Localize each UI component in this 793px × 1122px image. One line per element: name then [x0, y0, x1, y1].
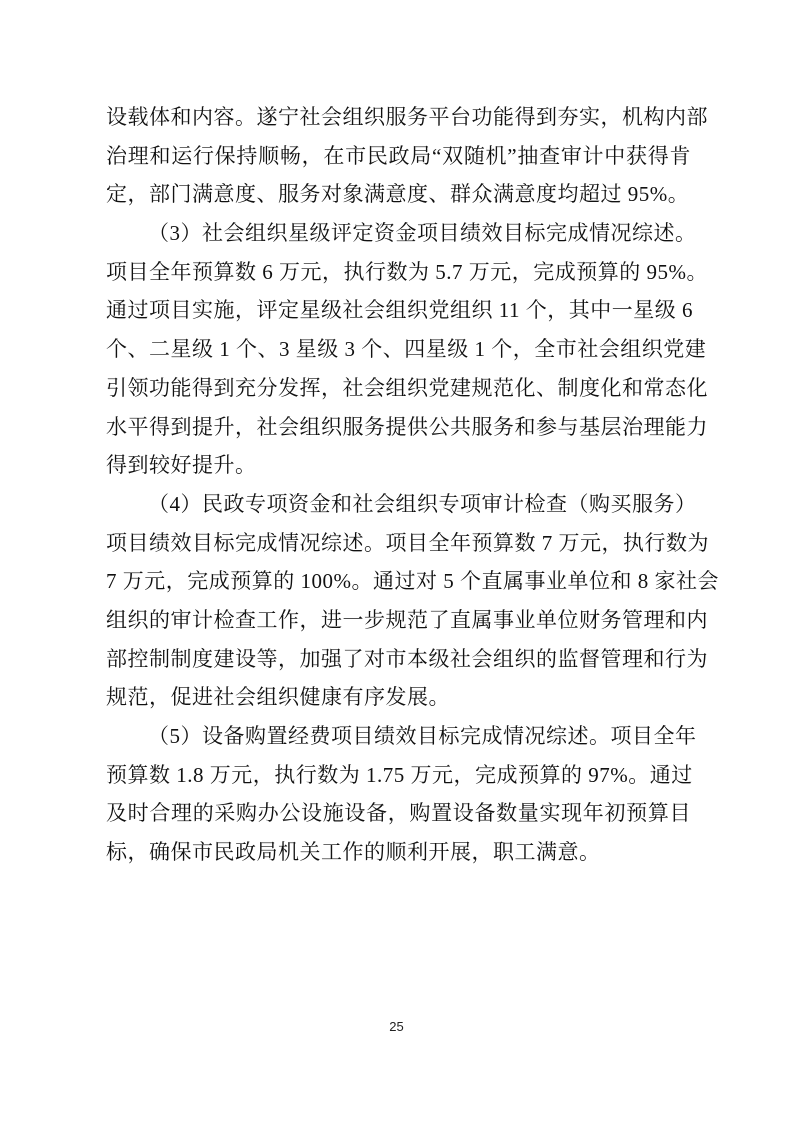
text-line: 定，部门满意度、服务对象满意度、群众满意度均超过 95%。	[106, 175, 691, 214]
text-line: 规范，促进社会组织健康有序发展。	[106, 678, 691, 717]
text-line: 水平得到提升，社会组织服务提供公共服务和参与基层治理能力	[106, 408, 691, 447]
text-line: 治理和运行保持顺畅，在市民政局“双随机”抽查审计中获得肯	[106, 137, 691, 176]
text-line: 7 万元，完成预算的 100%。通过对 5 个直属事业单位和 8 家社会	[106, 562, 691, 601]
document-body: 设载体和内容。遂宁社会组织服务平台功能得到夯实，机构内部治理和运行保持顺畅，在市…	[106, 98, 691, 872]
text-line: 通过项目实施，评定星级社会组织党组织 11 个，其中一星级 6	[106, 291, 691, 330]
text-line: 组织的审计检查工作，进一步规范了直属事业单位财务管理和内	[106, 601, 691, 640]
text-line: 项目绩效目标完成情况综述。项目全年预算数 7 万元，执行数为	[106, 524, 691, 563]
text-line: 个、二星级 1 个、3 星级 3 个、四星级 1 个，全市社会组织党建	[106, 330, 691, 369]
text-line: 部控制制度建设等，加强了对市本级社会组织的监督管理和行为	[106, 640, 691, 679]
text-line: 得到较好提升。	[106, 446, 691, 485]
text-line: 引领功能得到充分发挥，社会组织党建规范化、制度化和常态化	[106, 369, 691, 408]
text-line: 项目全年预算数 6 万元，执行数为 5.7 万元，完成预算的 95%。	[106, 253, 691, 292]
text-line: （5）设备购置经费项目绩效目标完成情况综述。项目全年	[106, 717, 691, 756]
text-line: 预算数 1.8 万元，执行数为 1.75 万元，完成预算的 97%。通过	[106, 756, 691, 795]
text-line: 标，确保市民政局机关工作的顺利开展，职工满意。	[106, 833, 691, 872]
page-number: 25	[0, 1019, 793, 1034]
text-line: （4）民政专项资金和社会组织专项审计检查（购买服务）	[106, 485, 691, 524]
text-line: （3）社会组织星级评定资金项目绩效目标完成情况综述。	[106, 214, 691, 253]
document-page: 设载体和内容。遂宁社会组织服务平台功能得到夯实，机构内部治理和运行保持顺畅，在市…	[0, 0, 793, 1122]
text-line: 设载体和内容。遂宁社会组织服务平台功能得到夯实，机构内部	[106, 98, 691, 137]
text-line: 及时合理的采购办公设施设备，购置设备数量实现年初预算目	[106, 794, 691, 833]
